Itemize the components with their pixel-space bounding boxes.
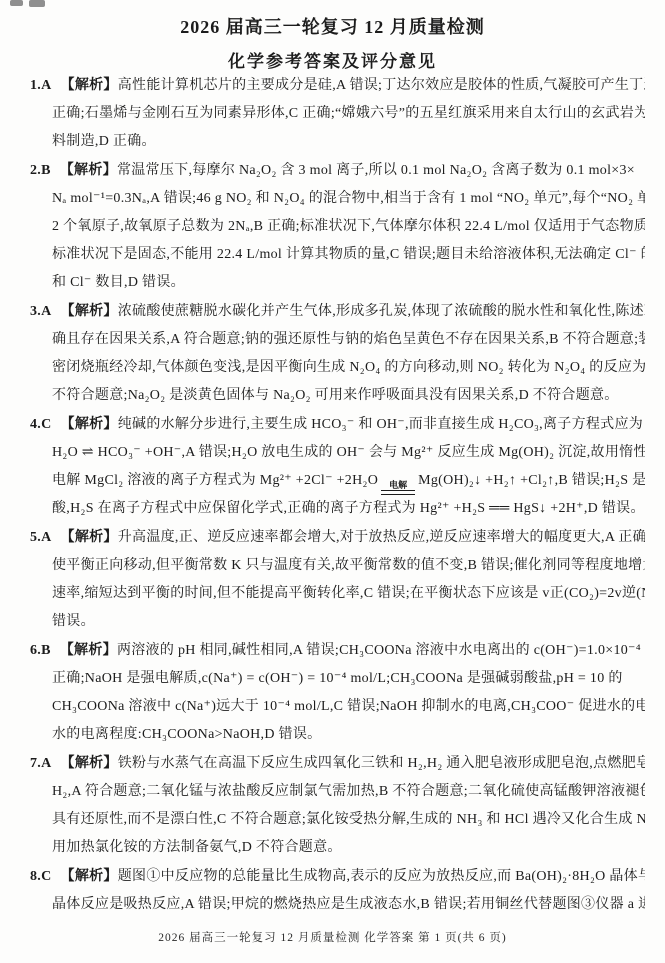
answer-item-2: 2.B【解析】常温常压下,每摩尔 Na₂O₂ 含 3 mol 离子,所以 0.1… (30, 157, 645, 297)
answer-number: 5.A (30, 530, 52, 545)
answer-item-6: 6.B【解析】两溶液的 pH 相同,碱性相同,A 错误;CH₃COONa 溶液中… (30, 637, 645, 749)
answer-item-1: 1.A【解析】高性能计算机芯片的主要成分是硅,A 错误;丁达尔效应是胶体的性质,… (30, 72, 645, 156)
answer-line: 5.A【解析】升高温度,正、逆反应速率都会增大,对于放热反应,逆反应速率增大的幅… (30, 524, 645, 552)
electrolysis-label: 电解 (389, 480, 407, 490)
answer-line: 2 个氧原子,故氧原子总数为 2Nₐ,B 正确;标准状况下,气体摩尔体积 22.… (30, 213, 645, 241)
answer-line: 3.A【解析】浓硫酸使蔗糖脱水碳化并产生气体,形成多孔炭,体现了浓硫酸的脱水性和… (30, 298, 645, 326)
document-page: 2026 届高三一轮复习 12 月质量检测 化学参考答案及评分意见 1.A【解析… (0, 0, 665, 963)
answer-item-3: 3.A【解析】浓硫酸使蔗糖脱水碳化并产生气体,形成多孔炭,体现了浓硫酸的脱水性和… (30, 298, 645, 410)
answer-number: 4.C (30, 417, 52, 432)
answer-line: 酸,H₂S 在离子方程式中应保留化学式,正确的离子方程式为 Hg²⁺ +H₂S … (30, 495, 645, 523)
scan-artifact (29, 0, 45, 7)
analysis-text: 纯碱的水解分步进行,主要生成 HCO₃⁻ 和 OH⁻,而非直接生成 H₂CO₃,… (118, 417, 645, 432)
answer-list: 1.A【解析】高性能计算机芯片的主要成分是硅,A 错误;丁达尔效应是胶体的性质,… (30, 72, 645, 920)
answer-line: 7.A【解析】铁粉与水蒸气在高温下反应生成四氧化三铁和 H₂,H₂ 通入肥皂液形… (30, 750, 645, 778)
answer-line: 电解 MgCl₂ 溶液的离子方程式为 Mg²⁺ +2Cl⁻ +2H₂O电解Mg(… (30, 467, 645, 495)
analysis-text: 升高温度,正、逆反应速率都会增大,对于放热反应,逆反应速率增大的幅度更大,A 正… (118, 530, 645, 545)
answer-line: 和 Cl⁻ 数目,D 错误。 (30, 269, 645, 297)
answer-line: 错误。 (30, 608, 645, 636)
answer-line: 1.A【解析】高性能计算机芯片的主要成分是硅,A 错误;丁达尔效应是胶体的性质,… (30, 72, 645, 100)
answer-line: 正确;NaOH 是强电解质,c(Na⁺) = c(OH⁻) = 10⁻⁴ mol… (30, 665, 645, 693)
answer-line: 具有还原性,而不是漂白性,C 不符合题意;氯化铵受热分解,生成的 NH₃ 和 H… (30, 806, 645, 834)
answer-line: 不符合题意;Na₂O₂ 是淡黄色固体与 Na₂O₂ 可用来作呼吸面具没有因果关系… (30, 382, 645, 410)
analysis-text: 浓硫酸使蔗糖脱水碳化并产生气体,形成多孔炭,体现了浓硫酸的脱水性和氧化性,陈述Ⅰ… (118, 304, 645, 319)
answer-line: 6.B【解析】两溶液的 pH 相同,碱性相同,A 错误;CH₃COONa 溶液中… (30, 637, 645, 665)
analysis-text: 题图①中反应物的总能量比生成物高,表示的反应为放热反应,而 Ba(OH)₂·8H… (118, 869, 645, 884)
page-subtitle: 化学参考答案及评分意见 (0, 39, 665, 72)
analysis-tag: 【解析】 (61, 530, 118, 545)
answer-line: 正确;石墨烯与金刚石互为同素异形体,C 正确;“嫦娥六号”的五星红旗采用来自太行… (30, 100, 645, 128)
answer-line: 料制造,D 正确。 (30, 128, 645, 156)
analysis-text: 铁粉与水蒸气在高温下反应生成四氧化三铁和 H₂,H₂ 通入肥皂液形成肥皂泡,点燃… (118, 756, 645, 771)
analysis-tag: 【解析】 (61, 869, 118, 884)
answer-number: 8.C (30, 869, 52, 884)
answer-line: 水的电离程度:CH₃COONa>NaOH,D 错误。 (30, 721, 645, 749)
answer-number: 7.A (30, 756, 52, 771)
answer-number: 6.B (30, 643, 51, 658)
analysis-text: 两溶液的 pH 相同,碱性相同,A 错误;CH₃COONa 溶液中水电离出的 c… (117, 643, 645, 658)
equation-post: Mg(OH)₂↓ +H₂↑ +Cl₂↑,B 错误;H₂S 是弱 (418, 473, 645, 488)
answer-line: 2.B【解析】常温常压下,每摩尔 Na₂O₂ 含 3 mol 离子,所以 0.1… (30, 157, 645, 185)
analysis-tag: 【解析】 (60, 643, 117, 658)
answer-line: 4.C【解析】纯碱的水解分步进行,主要生成 HCO₃⁻ 和 OH⁻,而非直接生成… (30, 411, 645, 439)
page-title: 2026 届高三一轮复习 12 月质量检测 (0, 0, 665, 39)
scan-artifact (10, 0, 23, 6)
answer-line: H₂,A 符合题意;二氧化锰与浓盐酸反应制氯气需加热,B 不符合题意;二氧化硫使… (30, 778, 645, 806)
answer-number: 2.B (30, 163, 51, 178)
answer-line: 速率,缩短达到平衡的时间,但不能提高平衡转化率,C 错误;在平衡状态下应该是 v… (30, 580, 645, 608)
analysis-text: 常温常压下,每摩尔 Na₂O₂ 含 3 mol 离子,所以 0.1 mol Na… (117, 163, 635, 178)
answer-item-7: 7.A【解析】铁粉与水蒸气在高温下反应生成四氧化三铁和 H₂,H₂ 通入肥皂液形… (30, 750, 645, 862)
answer-line: 密闭烧瓶经冷却,气体颜色变浅,是因平衡向生成 N₂O₄ 的方向移动,则 NO₂ … (30, 354, 645, 382)
answer-number: 1.A (30, 78, 52, 93)
analysis-tag: 【解析】 (61, 304, 118, 319)
answer-line: 确且存在因果关系,A 符合题意;钠的强还原性与钠的焰色呈黄色不存在因果关系,B … (30, 326, 645, 354)
analysis-tag: 【解析】 (60, 163, 117, 178)
page-footer: 2026 届高三一轮复习 12 月质量检测 化学答案 第 1 页(共 6 页) (0, 929, 665, 945)
answer-item-5: 5.A【解析】升高温度,正、逆反应速率都会增大,对于放热反应,逆反应速率增大的幅… (30, 524, 645, 636)
answer-line: 使平衡正向移动,但平衡常数 K 只与温度有关,故平衡常数的值不变,B 错误;催化… (30, 552, 645, 580)
answer-line: 用加热氯化铵的方法制备氨气,D 不符合题意。 (30, 834, 645, 862)
answer-line: CH₃COONa 溶液中 c(Na⁺)远大于 10⁻⁴ mol/L,C 错误;N… (30, 693, 645, 721)
answer-item-8: 8.C【解析】题图①中反应物的总能量比生成物高,表示的反应为放热反应,而 Ba(… (30, 863, 645, 919)
answer-line: Nₐ mol⁻¹=0.3Nₐ,A 错误;46 g NO₂ 和 N₂O₄ 的混合物… (30, 185, 645, 213)
analysis-tag: 【解析】 (61, 417, 118, 432)
analysis-tag: 【解析】 (61, 78, 118, 93)
electrolysis-arrow: 电解 (381, 480, 415, 495)
answer-line: 标准状况下是固态,不能用 22.4 L/mol 计算其物质的量,C 错误;题目未… (30, 241, 645, 269)
answer-line: H₂O ⇌ HCO₃⁻ +OH⁻,A 错误;H₂O 放电生成的 OH⁻ 会与 M… (30, 439, 645, 467)
answer-line: 8.C【解析】题图①中反应物的总能量比生成物高,表示的反应为放热反应,而 Ba(… (30, 863, 645, 891)
analysis-text: 高性能计算机芯片的主要成分是硅,A 错误;丁达尔效应是胶体的性质,气凝胶可产生丁… (118, 78, 645, 93)
equation-pre: 电解 MgCl₂ 溶液的离子方程式为 Mg²⁺ +2Cl⁻ +2H₂O (52, 473, 378, 488)
answer-number: 3.A (30, 304, 52, 319)
answer-item-4: 4.C【解析】纯碱的水解分步进行,主要生成 HCO₃⁻ 和 OH⁻,而非直接生成… (30, 411, 645, 523)
analysis-tag: 【解析】 (61, 756, 118, 771)
answer-line: 晶体反应是吸热反应,A 错误;甲烷的燃烧热应是生成液态水,B 错误;若用铜丝代替… (30, 891, 645, 919)
